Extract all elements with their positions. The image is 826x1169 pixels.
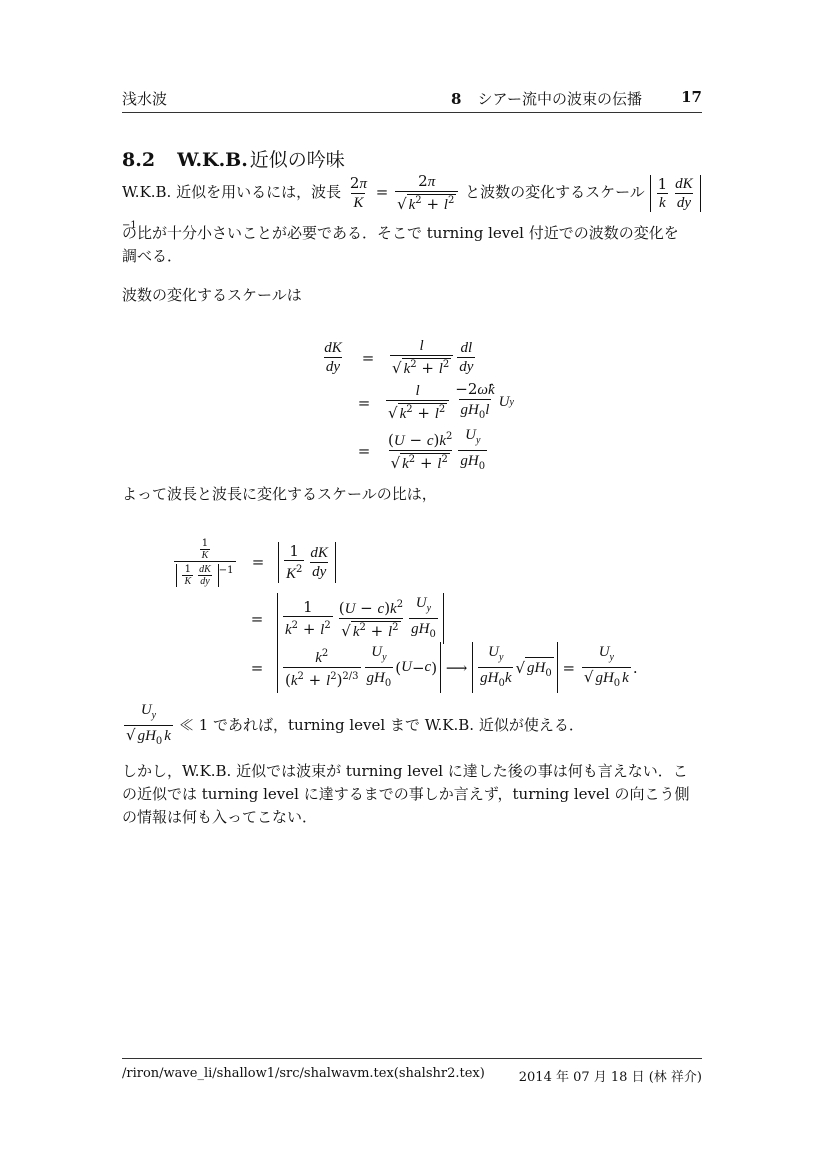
equation-1-row-1: dKdy = l√k2 + l2 dldy [318,337,477,378]
paragraph-5-line-1: しかし，W.K.B. 近似では波束が turning level に達した後の事… [122,760,707,783]
text: ≪ 1 であれば，turning level まで W.K.B. 近似が使える． [179,714,584,737]
paragraph-1-end: 調べる． [122,245,707,268]
footer-date: 2014 年 07 月 18 日 (林 祥介) [519,1066,702,1085]
section-title-latin: W.K.B. [177,149,248,171]
equation-2-row-2: = 1k2 + l2(U − c)k2√k2 + l2UygH0 [237,593,444,644]
paragraph-3: よって波長と波長に変化するスケールの比は， [122,483,707,506]
header-rule [122,112,702,113]
header-chapter: 8シアー流中の波束の伝播 [451,88,642,109]
footer-path: /riron/wave_li/shallow1/src/shalwavm.tex… [122,1066,485,1081]
chapter-number: 8 [451,90,461,108]
chapter-title: シアー流中の波束の伝播 [477,90,642,108]
fraction-2pi-over-sqrt: 2π√k2 + l2 [395,172,458,214]
text: と波数の変化するスケール [465,183,645,201]
equation-1-row-3: = (U − c)k2√k2 + l2 UygH0 [344,425,489,476]
header-title: 浅水波 [122,88,167,109]
abs-scale: 1kdKdy [650,175,701,212]
equation-1-row-2: = l√k2 + l2 −2ω̂kgH0l Uy [344,380,514,425]
paragraph-5-line-2: の近似では turning level に達するまでの事しか言えず，turnin… [122,783,707,806]
equation-2-row-1: 1K1KdKdy−1 = 1K2dKdy [172,538,336,587]
text: W.K.B. 近似を用いるには，波長 [122,183,341,201]
paragraph-4: Uy√gH0k ≪ 1 であれば，turning level まで W.K.B.… [122,700,707,751]
paragraph-2: 波数の変化するスケールは [122,284,707,307]
equation-2-row-3: = k2(k2 + l2)2/3UygH0(U − c) ⟶ UygH0k√gH… [237,642,638,693]
footer-rule [122,1058,702,1059]
fraction-2pi-over-K: 2πK [348,174,369,212]
section-heading: 8.2W.K.B. 近似の吟味 [122,145,345,172]
section-title-jp: 近似の吟味 [250,149,345,171]
page-number: 17 [681,88,702,106]
section-number: 8.2 [122,149,155,171]
paragraph-5-line-3: の情報は何も入ってこない． [122,806,707,829]
paragraph-1-cont: の比が十分小さいことが必要である．そこで turning level 付近での波… [122,222,707,245]
